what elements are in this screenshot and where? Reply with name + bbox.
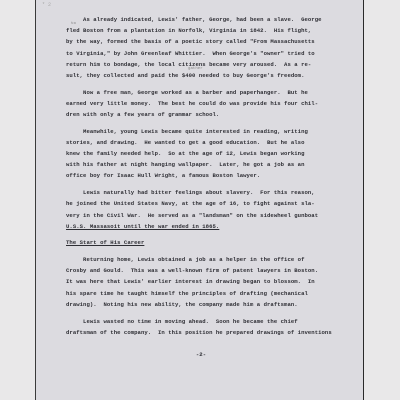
text-line: Meanwhile, young Lewis became quite inte…: [66, 126, 336, 137]
paragraph-navy: Lewis naturally had bitter feelings abou…: [66, 187, 336, 232]
text-line: Lewis naturally had bitter feelings abou…: [66, 187, 336, 198]
document-body: As already indicated, Lewis' father, Geo…: [66, 14, 336, 360]
text-line: gathersult, they collected and paid the …: [66, 70, 336, 81]
text-line: It was here that Lewis' earlier interest…: [66, 276, 336, 287]
text-line: his spare time he taught himself the pri…: [66, 288, 336, 299]
text-line: office boy for Isaac Hull Wright, a famo…: [66, 170, 336, 181]
corner-mark: * 2: [42, 2, 51, 8]
section-heading: The Start of His Career: [66, 237, 336, 248]
document-page: * 2 As already indicated, Lewis' father,…: [35, 0, 364, 400]
handwritten-insertion: gather: [188, 64, 203, 75]
text-line: by the way, formed the basis of a poetic…: [66, 36, 336, 47]
text-line: with his father at night hanging wallpap…: [66, 159, 336, 170]
text-line: drawing). Noting his new ability, the co…: [66, 299, 336, 310]
text-line: stories, and drawing. He wanted to get a…: [66, 137, 336, 148]
paragraph-chief-draftsman: Lewis wasted no time in moving ahead. So…: [66, 316, 336, 338]
text-line: Now a free man, George worked as a barbe…: [66, 87, 336, 98]
text-line: dren with only a few years of grammar sc…: [66, 109, 336, 120]
text-line: draftsman of the company. In this positi…: [66, 327, 336, 338]
paragraph-meanwhile: Meanwhile, young Lewis became quite inte…: [66, 126, 336, 182]
text-line: Lewis wasted no time in moving ahead. So…: [66, 316, 336, 327]
text-line: he joined the United States Navy, at the…: [66, 198, 336, 209]
text-line: to Virginia," by John Greenleaf Whittier…: [66, 48, 336, 59]
text-line: As already indicated, Lewis' father, Geo…: [66, 14, 336, 25]
text-line: tofled Boston from a plantation in Norfo…: [66, 25, 336, 36]
text-line: U.S.S. Massasoit until the war ended in …: [66, 221, 336, 232]
text-line: very in the Civil War. He served as a "l…: [66, 210, 336, 221]
text-line: Returning home, Lewis obtained a job as …: [66, 254, 336, 265]
page-number: -2-: [66, 349, 336, 360]
handwritten-insertion: to: [71, 19, 76, 30]
paragraph-father-slave: As already indicated, Lewis' father, Geo…: [66, 14, 336, 81]
text-line: Crosby and Gould. This was a well-known …: [66, 265, 336, 276]
paragraph-free-man: Now a free man, George worked as a barbe…: [66, 87, 336, 121]
text-line: earned very little money. The best he co…: [66, 98, 336, 109]
paragraph-returning-home: Returning home, Lewis obtained a job as …: [66, 254, 336, 310]
text-line: knew the family needed help. So at the a…: [66, 148, 336, 159]
